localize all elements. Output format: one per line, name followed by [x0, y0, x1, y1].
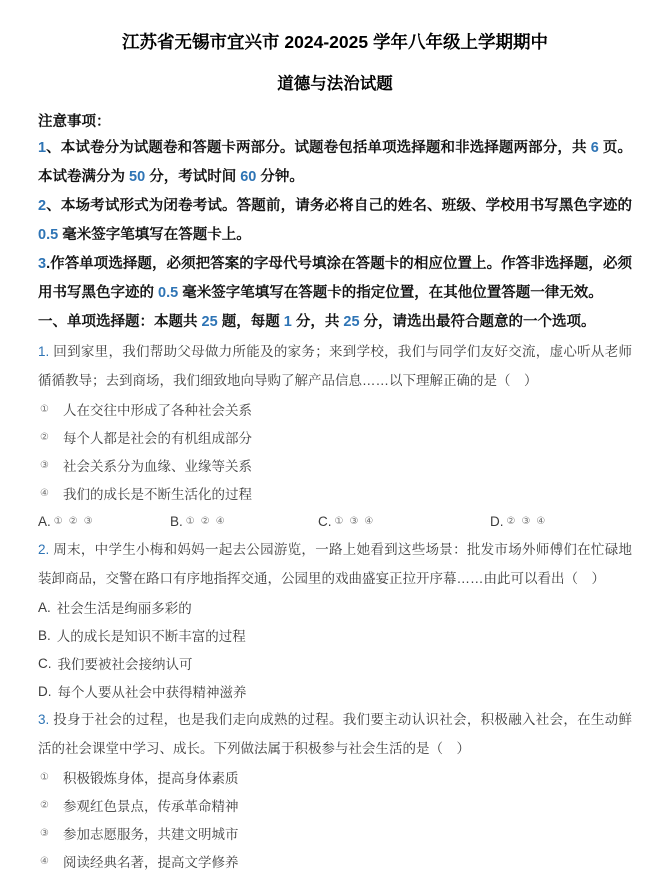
text-segment: 一、单项选择题：本题共 [38, 314, 202, 330]
choice-label: C. [318, 514, 332, 529]
choice-marks: ①③④ [335, 516, 380, 527]
circled-2-marker: ② [40, 432, 52, 443]
question-1-text: 回到家里，我们帮助父母做力所能及的家务；来到学校，我们与同学们友好交流，虚心听从… [38, 344, 632, 388]
question-3-stem: 3. 投身于社会的过程，也是我们走向成熟的过程。我们要主动认识社会，积极融入社会… [38, 705, 632, 763]
text-segment: 分钟。 [256, 169, 304, 185]
choice-label: D. [490, 514, 504, 529]
choice-marks: ②③④ [507, 516, 552, 527]
text-segment: 2 [38, 198, 46, 214]
suboption-text: 人在交往中形成了各种社会关系 [63, 399, 252, 419]
question-3-number: 3. [38, 712, 49, 727]
suboption-text: 每个人都是社会的有机组成部分 [63, 427, 252, 447]
option-label: A. [38, 600, 51, 615]
text-segment: 题，每题 [218, 314, 284, 330]
question-3: 3. 投身于社会的过程，也是我们走向成熟的过程。我们要主动认识社会，积极融入社会… [38, 705, 632, 875]
text-segment: 25 [343, 314, 359, 330]
question-1-stem: 1. 回到家里，我们帮助父母做力所能及的家务；来到学校，我们与同学们友好交流，虚… [38, 337, 632, 395]
suboption-text: 社会关系分为血缘、业缘等关系 [63, 455, 252, 475]
option-text: 我们要被社会接纳认可 [58, 653, 193, 673]
choice-marks: ①②③ [54, 516, 99, 527]
choice-A: A.①②③ [38, 507, 99, 535]
question-1-number: 1. [38, 344, 49, 359]
question-2-number: 2. [38, 542, 49, 557]
circled-3-marker: ③ [40, 460, 52, 471]
circled-4-marker: ④ [40, 856, 52, 867]
question-2-stem: 2. 周末，中学生小梅和妈妈一起去公园游览，一路上她看到这些场景：批发市场外师傅… [38, 535, 632, 593]
question-2-option-C: C. 我们要被社会接纳认可 [38, 649, 632, 677]
option-label: B. [38, 628, 51, 643]
suboption-text: 阅读经典名著，提高文学修养 [63, 851, 239, 871]
text-segment: 1 [284, 314, 292, 330]
question-2: 2. 周末，中学生小梅和妈妈一起去公园游览，一路上她看到这些场景：批发市场外师傅… [38, 535, 632, 705]
option-text: 社会生活是绚丽多彩的 [57, 597, 192, 617]
suboption-text: 参加志愿服务，共建文明城市 [63, 823, 239, 843]
notice-item-2: 2、本场考试形式为闭卷考试。答题前，请务必将自己的姓名、班级、学校用书写黑色字迹… [38, 192, 632, 250]
question-1-suboption-2: ② 每个人都是社会的有机组成部分 [38, 423, 632, 451]
text-segment: 毫米签字笔填写在答题卡的指定位置，在其他位置答题一律无效。 [178, 285, 603, 301]
option-label: D. [38, 684, 52, 699]
text-segment: 3 [38, 256, 46, 272]
text-segment: 25 [202, 314, 218, 330]
choice-marks: ①②④ [186, 516, 231, 527]
question-2-text: 周末，中学生小梅和妈妈一起去公园游览，一路上她看到这些场景：批发市场外师傅们在忙… [38, 542, 632, 586]
choice-B: B.①②④ [170, 507, 231, 535]
circled-4-marker: ④ [40, 488, 52, 499]
circled-2-marker: ② [40, 800, 52, 811]
question-1-suboption-4: ④ 我们的成长是不断生活化的过程 [38, 479, 632, 507]
choice-D: D.②③④ [490, 507, 551, 535]
text-segment: 6 [591, 140, 599, 156]
text-segment: 0.5 [38, 227, 58, 243]
exam-title-line2: 道德与法治试题 [38, 72, 632, 96]
question-1-choices-row: A.①②③ B.①②④ C.①③④ D.②③④ [38, 507, 632, 535]
exam-paper-page: 江苏省无锡市宜兴市 2024-2025 学年八年级上学期期中 道德与法治试题 注… [0, 0, 670, 881]
circled-1-marker: ① [40, 772, 52, 783]
section-heading-single-choice: 一、单项选择题：本题共 25 题，每题 1 分，共 25 分，请选出最符合题意的… [38, 308, 632, 337]
text-segment: 毫米签字笔填写在答题卡上。 [58, 227, 251, 243]
exam-title-line1: 江苏省无锡市宜兴市 2024-2025 学年八年级上学期期中 [38, 30, 632, 54]
question-3-suboption-3: ③ 参加志愿服务，共建文明城市 [38, 819, 632, 847]
question-1-suboption-1: ① 人在交往中形成了各种社会关系 [38, 395, 632, 423]
text-segment: 1 [38, 140, 46, 156]
choice-label: A. [38, 514, 51, 529]
text-segment: 0.5 [158, 285, 178, 301]
suboption-text: 我们的成长是不断生活化的过程 [63, 483, 252, 503]
text-segment: 分，考试时间 [145, 169, 240, 185]
notice-heading: 注意事项： [38, 110, 632, 134]
circled-1-marker: ① [40, 404, 52, 415]
option-label: C. [38, 656, 52, 671]
choice-label: B. [170, 514, 183, 529]
question-2-option-A: A. 社会生活是绚丽多彩的 [38, 593, 632, 621]
text-segment: 、本试卷分为试题卷和答题卡两部分。试题卷包括单项选择题和非选择题两部分，共 [46, 140, 591, 156]
text-segment: 分，请选出最符合题意的一个选项。 [360, 314, 596, 330]
question-1-suboption-3: ③ 社会关系分为血缘、业缘等关系 [38, 451, 632, 479]
suboption-text: 积极锻炼身体，提高身体素质 [63, 767, 239, 787]
suboption-text: 参观红色景点，传承革命精神 [63, 795, 239, 815]
question-3-suboption-2: ② 参观红色景点，传承革命精神 [38, 791, 632, 819]
notice-item-3: 3.作答单项选择题，必须把答案的字母代号填涂在答题卡的相应位置上。作答非选择题，… [38, 250, 632, 308]
choice-C: C.①③④ [318, 507, 379, 535]
question-3-text: 投身于社会的过程，也是我们走向成熟的过程。我们要主动认识社会，积极融入社会，在生… [38, 712, 632, 756]
text-segment: 、本场考试形式为闭卷考试。答题前，请务必将自己的姓名、班级、学校用书写黑色字迹的 [46, 198, 632, 214]
text-segment: 分，共 [292, 314, 344, 330]
text-segment: 60 [240, 169, 256, 185]
question-2-option-B: B. 人的成长是知识不断丰富的过程 [38, 621, 632, 649]
notice-item-1: 1、本试卷分为试题卷和答题卡两部分。试题卷包括单项选择题和非选择题两部分，共 6… [38, 134, 632, 192]
question-3-suboption-4: ④ 阅读经典名著，提高文学修养 [38, 847, 632, 875]
option-text: 每个人要从社会中获得精神滋养 [58, 681, 247, 701]
question-3-suboption-1: ① 积极锻炼身体，提高身体素质 [38, 763, 632, 791]
text-segment: 50 [129, 169, 145, 185]
question-1: 1. 回到家里，我们帮助父母做力所能及的家务；来到学校，我们与同学们友好交流，虚… [38, 337, 632, 535]
question-2-option-D: D. 每个人要从社会中获得精神滋养 [38, 677, 632, 705]
circled-3-marker: ③ [40, 828, 52, 839]
option-text: 人的成长是知识不断丰富的过程 [57, 625, 246, 645]
